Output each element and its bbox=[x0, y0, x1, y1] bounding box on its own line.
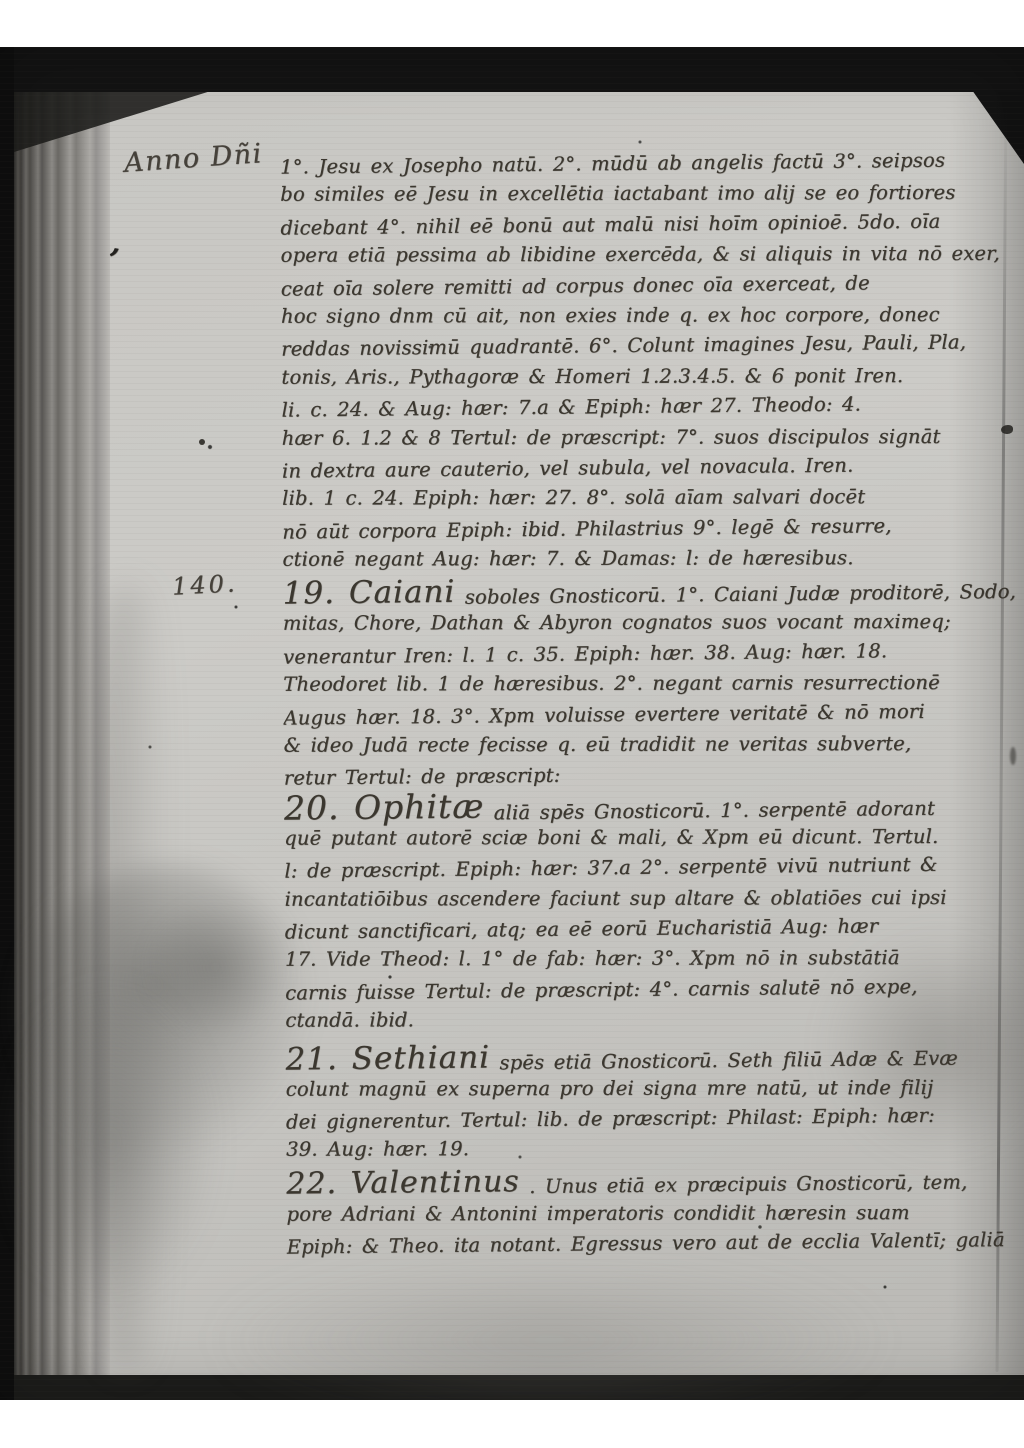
manuscript-line: ctionē negant Aug: hær: 7. & Damas: l: d… bbox=[282, 543, 1019, 575]
book-page-edges bbox=[14, 47, 110, 1400]
manuscript-block: 1°. Jesu ex Josepho natū. 2°. mūdū ab an… bbox=[280, 146, 1020, 576]
top-black-border bbox=[0, 47, 1024, 92]
manuscript-block: 21. Sethiani spēs etiā Gnosticorū. Seth … bbox=[285, 1039, 1023, 1167]
manuscript-line: Epiph: & Theo. ita notant. Egressus vero… bbox=[287, 1225, 1024, 1261]
manuscript-line: mitas, Chore, Dathan & Abyron cognatos s… bbox=[283, 607, 1020, 639]
bottom-black-border bbox=[0, 1375, 1024, 1400]
manuscript-line: incantatiōibus ascendere faciunt sup alt… bbox=[285, 882, 1022, 914]
margin-note-anno-domini: Anno Dñi bbox=[123, 138, 264, 179]
photo-print: Anno Dñi ’ 140. 1°. Jesu ex Josepho natū… bbox=[0, 0, 1024, 1448]
margin-leaf-number: 140. bbox=[171, 569, 238, 600]
manuscript-line: pore Adriani & Antonini imperatoris cond… bbox=[286, 1197, 1023, 1229]
manuscript-line: ceat oīa solere remitti ad corpus donec … bbox=[281, 266, 1018, 304]
ink-dot bbox=[199, 439, 205, 445]
section-heading-rest: aliā spēs Gnosticorū. 1°. serpentē adora… bbox=[484, 797, 935, 825]
spine-black-edge bbox=[0, 47, 14, 1400]
manuscript-line: Theodoret lib. 1 de hæresibus. 2°. negan… bbox=[283, 668, 1020, 700]
section-heading: 19. Caiani bbox=[283, 574, 456, 612]
manuscript-line: 39. Aug: hær. 19. bbox=[286, 1133, 1023, 1165]
manuscript-line: 21. Sethiani spēs etiā Gnosticorū. Seth … bbox=[285, 1037, 1022, 1077]
manuscript-block: 22. Valentinus . Unus etiā ex præcipuis … bbox=[286, 1164, 1024, 1261]
manuscript-line: 17. Vide Theod: l. 1° de fab: hær: 3°. X… bbox=[285, 943, 1022, 975]
manuscript-text: 1°. Jesu ex Josepho natū. 2°. mūdū ab an… bbox=[280, 146, 1024, 1261]
manuscript-line: li. c. 24. & Aug: hær: 7.a & Epiph: hær … bbox=[281, 388, 1018, 426]
section-heading-rest: spēs etiā Gnosticorū. Seth filiū Adæ & E… bbox=[490, 1046, 958, 1074]
manuscript-line: bo similes eē Jesu in excellētia iactaba… bbox=[280, 178, 1017, 210]
section-heading: 21. Sethiani bbox=[285, 1039, 490, 1077]
manuscript-line: tonis, Aris., Pythagoræ & Homeri 1.2.3.4… bbox=[281, 361, 1018, 393]
manuscript-line: carnis fuisse Tertul: de præscript: 4°. … bbox=[285, 971, 1022, 1009]
section-heading-rest: . Unus etiā ex præcipuis Gnosticorū, tem… bbox=[520, 1170, 968, 1198]
manuscript-line: lib. 1 c. 24. Epiph: hær: 27. 8°. solā a… bbox=[282, 482, 1019, 514]
manuscript-block: 19. Caiani soboles Gnosticorū. 1°. Caian… bbox=[283, 574, 1021, 793]
manuscript-line: nō aūt corpora Epiph: ibid. Philastrius … bbox=[282, 510, 1019, 548]
page-photo: Anno Dñi ’ 140. 1°. Jesu ex Josepho natū… bbox=[0, 47, 1024, 1400]
section-heading: 22. Valentinus bbox=[286, 1164, 520, 1201]
manuscript-line: opera etiā pessima ab libidine exercēda,… bbox=[281, 239, 1018, 271]
manuscript-block: 20. Ophitæ aliā spēs Gnosticorū. 1°. ser… bbox=[284, 788, 1022, 1037]
section-heading-rest: soboles Gnosticorū. 1°. Caiani Judæ prod… bbox=[455, 580, 1016, 609]
manuscript-line: colunt magnū ex superna pro dei signa mr… bbox=[286, 1072, 1023, 1104]
manuscript-line: dicebant 4°. nihil eē bonū aut malū nisi… bbox=[280, 206, 1017, 244]
manuscript-line: ctandā. ibid. bbox=[285, 1004, 1022, 1036]
manuscript-line: 22. Valentinus . Unus etiā ex præcipuis … bbox=[286, 1163, 1023, 1203]
age-stain bbox=[140, 897, 290, 1037]
manuscript-line: l: de præscript. Epiph: hær: 37.a 2°. se… bbox=[284, 849, 1021, 887]
manuscript-line: 20. Ophitæ aliā spēs Gnosticorū. 1°. ser… bbox=[284, 787, 1021, 827]
manuscript-line: Augus hær. 18. 3°. Xpm voluisse evertere… bbox=[283, 696, 1020, 734]
section-heading: 20. Ophitæ bbox=[284, 786, 485, 827]
manuscript-line: hær 6. 1.2 & 8 Tertul: de præscript: 7°.… bbox=[282, 421, 1019, 453]
manuscript-line: reddas novissimū quadrantē. 6°. Colunt i… bbox=[281, 327, 1018, 365]
